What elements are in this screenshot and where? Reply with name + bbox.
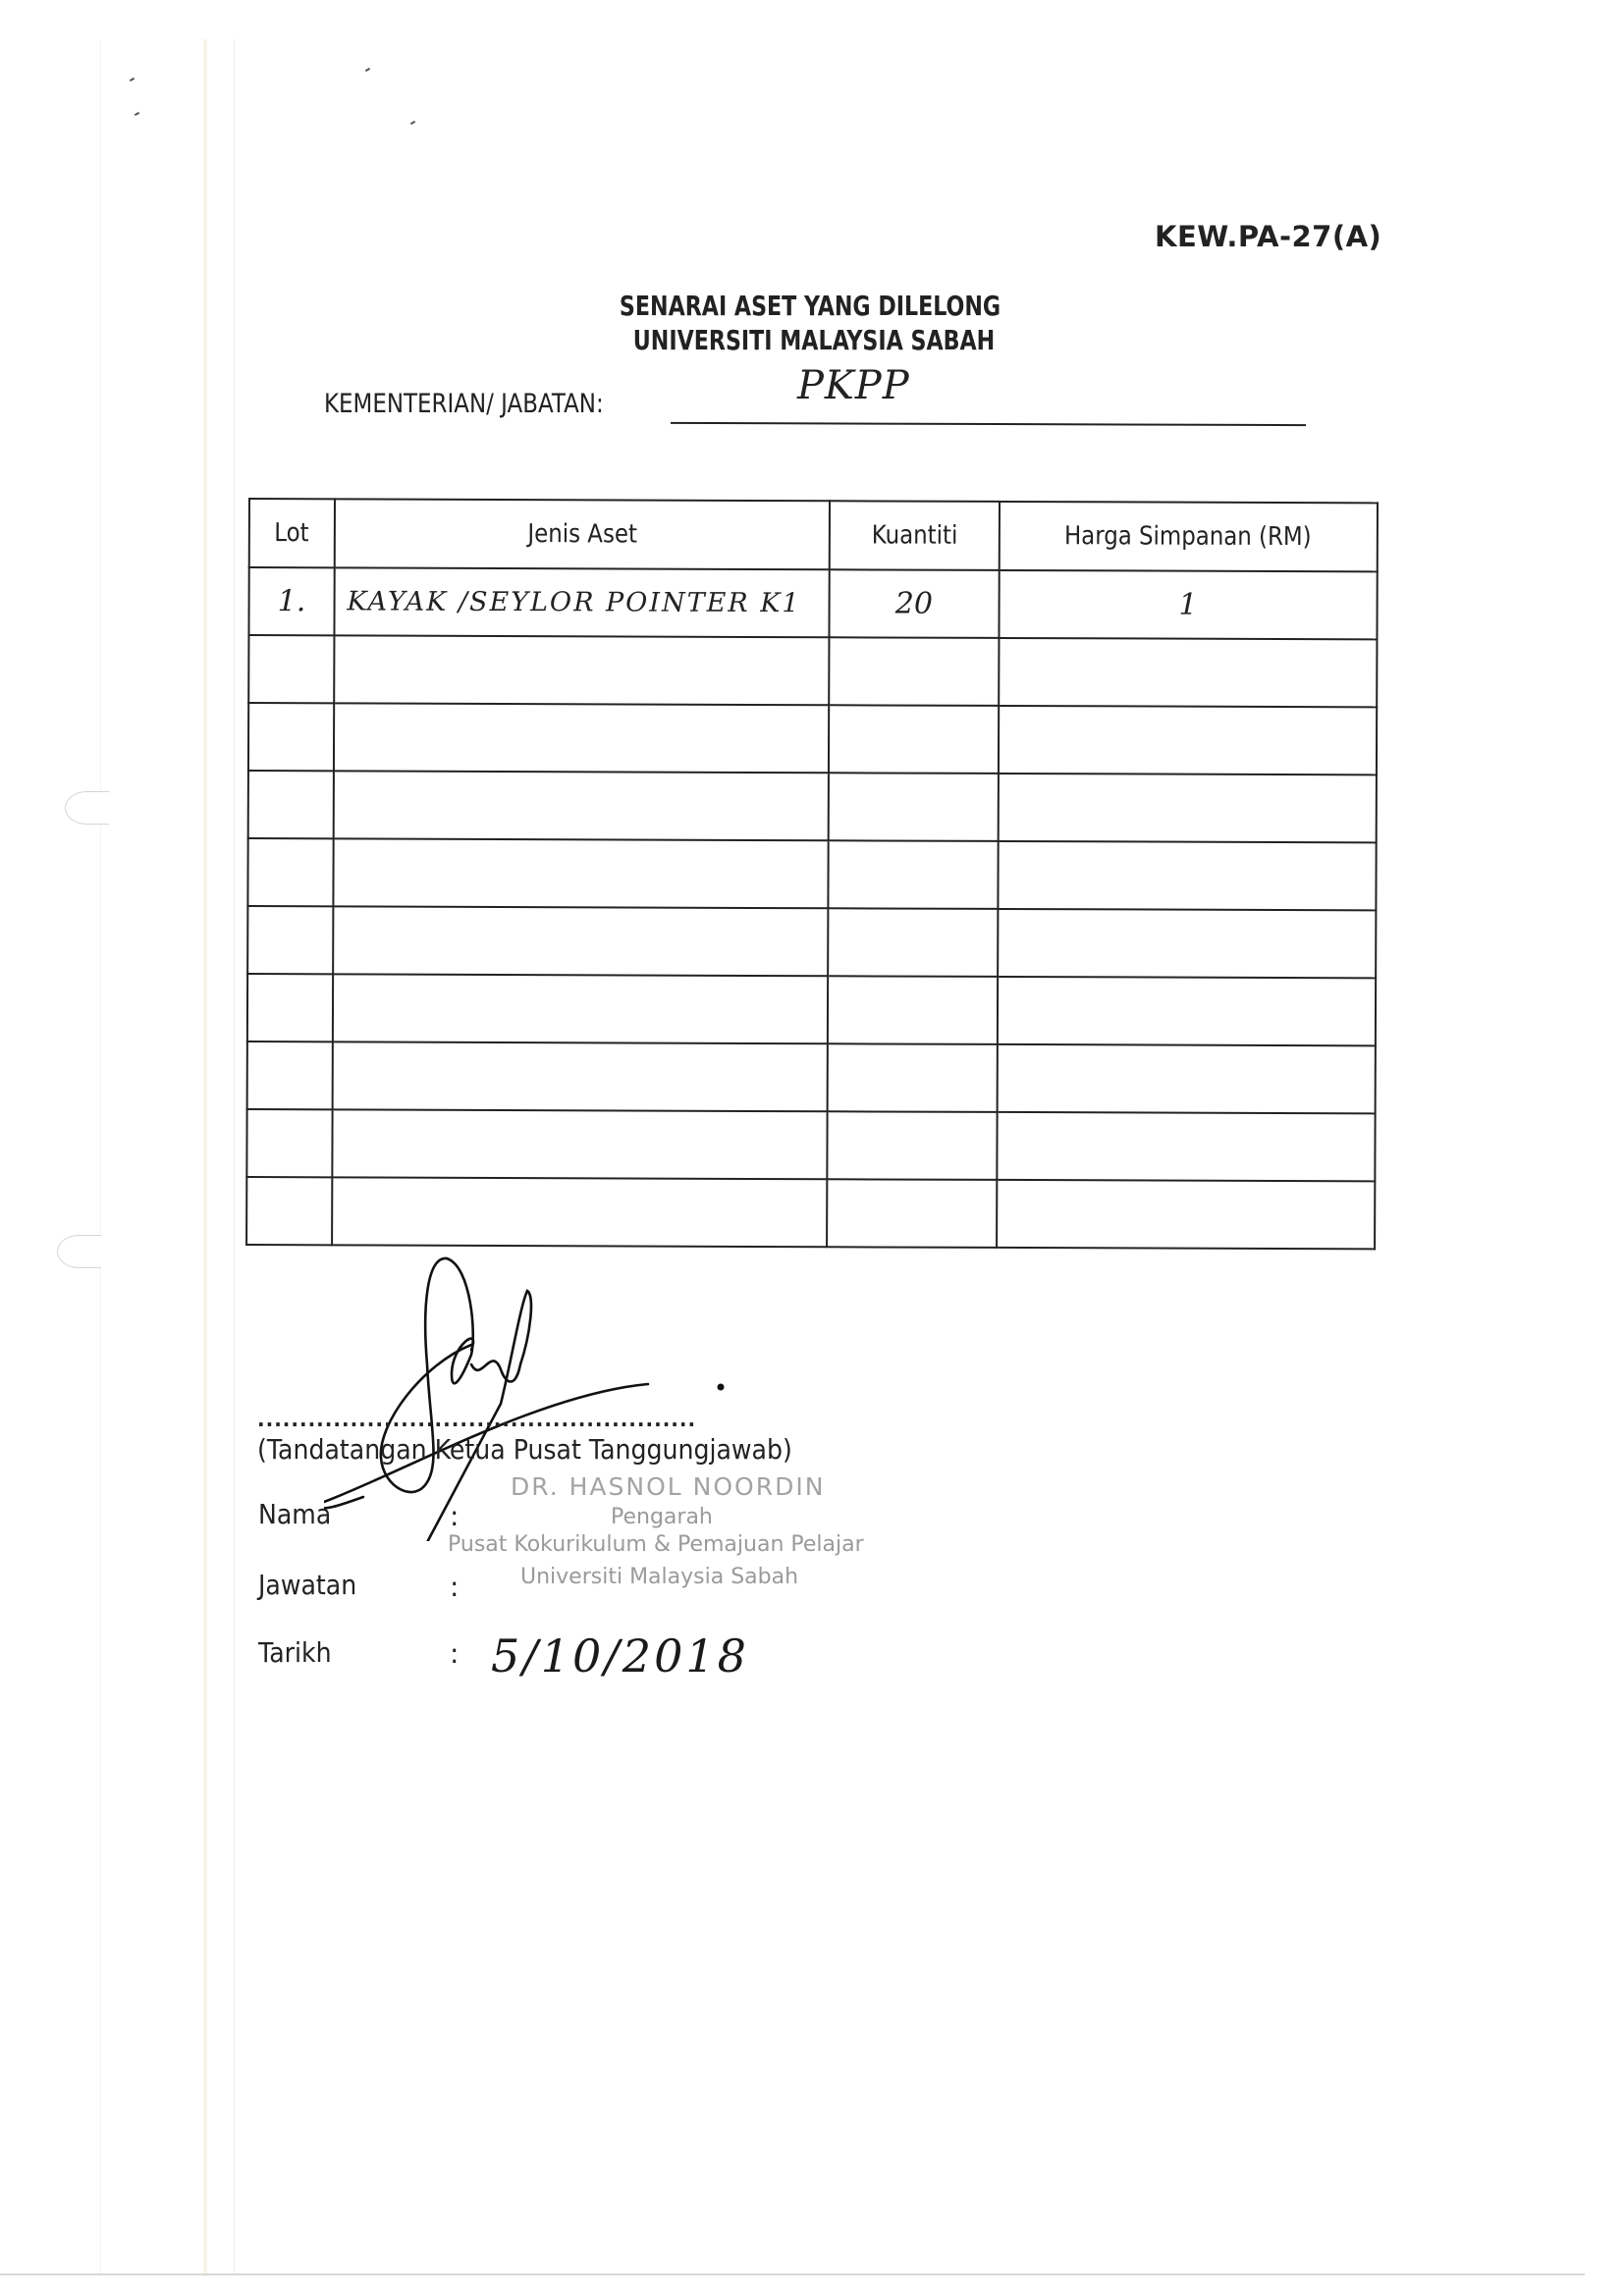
cell-quantity — [829, 637, 999, 706]
cell-reserve-price — [997, 1112, 1376, 1181]
cell-reserve-price: 1 — [999, 570, 1378, 639]
cell-asset: KAYAK /SEYLOR POINTER K1 — [334, 567, 829, 637]
document-title: SENARAI ASET YANG DILELONG — [95, 290, 1525, 322]
table-row — [247, 1041, 1376, 1113]
table-header-row: Lot Jenis Aset Kuantiti Harga Simpanan (… — [249, 499, 1378, 571]
cell-quantity — [829, 705, 999, 774]
page-bottom-edge — [0, 2273, 1585, 2275]
cell-quantity — [828, 840, 998, 909]
table-row — [246, 1109, 1375, 1181]
cell-reserve-price — [998, 977, 1377, 1045]
table-row — [248, 703, 1377, 774]
column-header-quantity: Kuantiti — [830, 501, 1000, 570]
document-subtitle: UNIVERSITI MALAYSIA SABAH — [99, 324, 1529, 356]
cell-reserve-price — [998, 841, 1377, 910]
cell-asset — [332, 1177, 827, 1247]
table-row — [248, 635, 1377, 707]
scan-artifact-line — [203, 39, 207, 2276]
cell-reserve-price — [998, 909, 1377, 978]
cell-lot — [247, 1041, 333, 1109]
position-label: Jawatan — [258, 1569, 356, 1601]
scan-artifact-line — [234, 39, 235, 2276]
name-colon: : — [450, 1500, 459, 1532]
cell-lot — [246, 1177, 332, 1245]
stamp-name: DR. HASNOL NOORDIN — [511, 1472, 825, 1501]
asset-table: Lot Jenis Aset Kuantiti Harga Simpanan (… — [245, 498, 1379, 1250]
cell-lot — [248, 703, 334, 771]
scan-speck — [365, 68, 370, 72]
scan-speck — [410, 121, 415, 125]
date-colon: : — [450, 1637, 459, 1670]
cell-asset — [332, 1041, 827, 1111]
signature-caption: (Tandatangan Ketua Pusat Tanggungjawab) — [257, 1433, 792, 1466]
cell-quantity — [827, 1043, 997, 1112]
table-row — [246, 1177, 1375, 1249]
cell-lot — [248, 771, 334, 838]
signature-line: ........................................… — [257, 1408, 696, 1431]
table-row — [247, 974, 1376, 1045]
cell-quantity — [829, 773, 999, 841]
table-row — [247, 906, 1376, 978]
date-label: Tarikh — [258, 1636, 332, 1669]
date-value: 5/10/2018 — [491, 1629, 749, 1682]
cell-lot — [246, 1109, 332, 1177]
name-label: Nama — [258, 1498, 331, 1530]
department-value: PKPP — [797, 363, 910, 408]
cell-reserve-price — [997, 1044, 1376, 1113]
cell-reserve-price — [999, 706, 1378, 774]
cell-asset — [332, 1109, 827, 1179]
cell-lot — [247, 906, 333, 974]
cell-asset — [333, 838, 828, 908]
cell-asset — [334, 635, 829, 705]
department-field-line — [671, 422, 1306, 426]
table-row: 1. KAYAK /SEYLOR POINTER K1 20 1 — [248, 567, 1377, 639]
table-row — [247, 838, 1376, 910]
stamp-unit: Pusat Kokurikulum & Pemajuan Pelajar — [448, 1532, 864, 1557]
table-row — [248, 771, 1377, 842]
cell-reserve-price — [997, 1180, 1376, 1249]
cell-asset — [333, 906, 828, 976]
scan-artifact-line — [100, 39, 101, 2276]
cell-quantity — [828, 976, 998, 1044]
cell-asset — [334, 703, 829, 773]
cell-reserve-price — [999, 638, 1378, 707]
position-colon: : — [450, 1571, 459, 1603]
scan-speck — [135, 112, 139, 116]
cell-lot — [247, 974, 333, 1041]
column-header-reserve-price: Harga Simpanan (RM) — [999, 502, 1378, 571]
cell-asset — [333, 974, 828, 1043]
column-header-lot: Lot — [249, 499, 335, 567]
cell-lot — [248, 635, 334, 703]
cell-quantity — [827, 1179, 997, 1248]
cell-quantity — [828, 908, 998, 977]
cell-asset — [334, 771, 829, 840]
stamp-title: Pengarah — [611, 1505, 713, 1529]
stamp-organization: Universiti Malaysia Sabah — [520, 1565, 798, 1589]
cell-lot: 1. — [248, 567, 334, 635]
punch-hole — [57, 1235, 101, 1268]
column-header-asset-type: Jenis Aset — [335, 499, 830, 569]
scan-speck — [130, 78, 135, 81]
form-code: KEW.PA-27(A) — [1155, 220, 1381, 253]
department-label: KEMENTERIAN/ JABATAN: — [324, 389, 604, 419]
cell-quantity — [827, 1111, 997, 1180]
cell-quantity: 20 — [829, 569, 999, 638]
punch-hole — [65, 791, 109, 825]
cell-lot — [247, 838, 333, 906]
cell-reserve-price — [998, 774, 1377, 842]
